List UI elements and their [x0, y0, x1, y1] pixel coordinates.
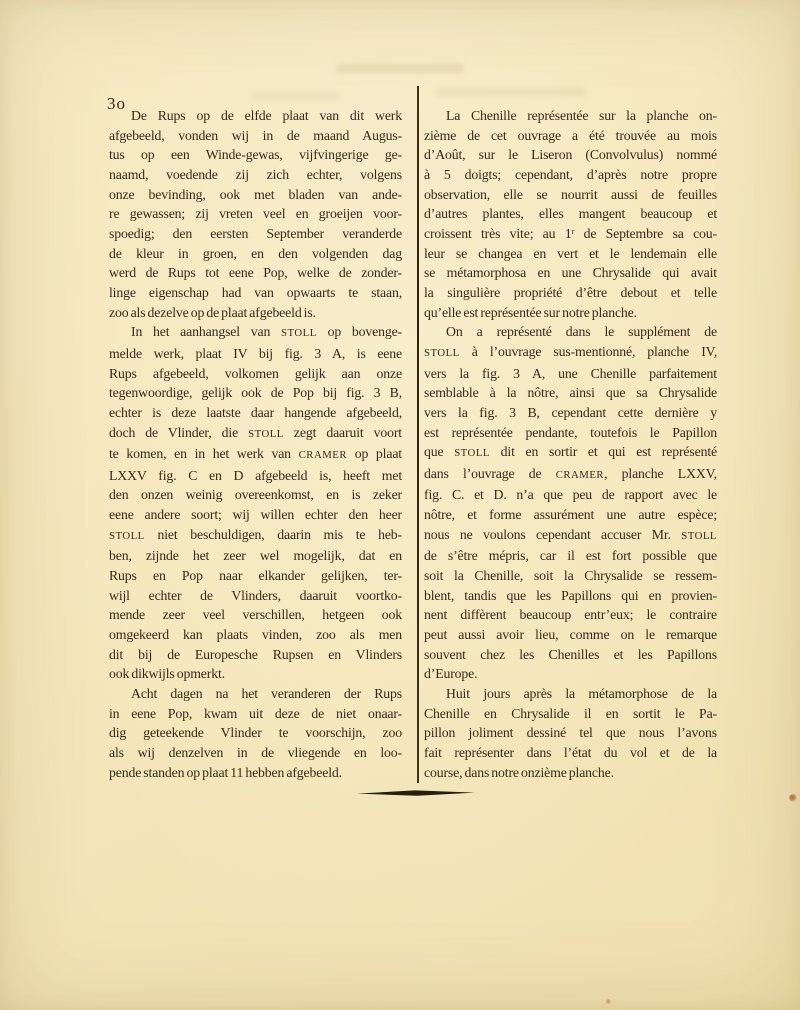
- text-line: nôtre, et forme assurément une autre esp…: [424, 505, 717, 525]
- small-caps-name: CRAMER: [556, 469, 604, 481]
- text-line: croissent très vite; au 1ʳ de Septembre …: [424, 224, 717, 244]
- paragraph: On a représenté dans le supplément deSTO…: [424, 322, 717, 684]
- text-line: mende zeer veel verschillen, hetgeen ook: [109, 605, 402, 625]
- text-line: in eene Pop, kwam uit deze de niet onaar…: [109, 704, 402, 724]
- ink-show-through-mark: [436, 88, 586, 96]
- text-line: dit bij de Europesche Rupsen en Vlinders: [109, 645, 402, 665]
- paragraph: De Rups op de elfde plaat van dit werkaf…: [109, 106, 402, 322]
- text-line: te komen, en in het werk van CRAMER op p…: [109, 444, 402, 466]
- text-line: linge eigenschap had van opwaarts te sta…: [109, 283, 402, 303]
- text-line: zième de cet ouvrage a été trouvée au mo…: [424, 126, 717, 146]
- small-caps-name: STOLL: [109, 530, 145, 542]
- column-divider-rule: [417, 86, 419, 783]
- text-line: Rups en Pop naar elkander gelijken, ter-: [109, 566, 402, 586]
- text-line: Huit jours après la métamorphose de la: [424, 684, 717, 704]
- text-line: se métamorphosa en une Chrysalide qui av…: [424, 263, 717, 283]
- text-line: werd de Rups tot eene Pop, welke de zond…: [109, 263, 402, 283]
- text-line: onze bevinding, ook met bladen van ande-: [109, 185, 402, 205]
- text-line: qu’elle est représentée sur notre planch…: [424, 303, 717, 323]
- text-line: doch de Vlinder, die STOLL zegt daaruit …: [109, 423, 402, 445]
- text-line: fait représenter dans l’état du vol et d…: [424, 743, 717, 763]
- text-line: STOLL à l’ouvrage sus-mentionné, planche…: [424, 342, 717, 364]
- section-end-rule: [357, 789, 475, 798]
- text-line: peut aussi avoir lieu, comme on le remar…: [424, 625, 717, 645]
- dutch-text-column: De Rups op de elfde plaat van dit werkaf…: [109, 106, 402, 782]
- text-line: spoedig; den eersten September veranderd…: [109, 224, 402, 244]
- text-line: vers la fig. 3 B, cependant cette derniè…: [424, 403, 717, 423]
- text-line: course, dans notre onzième planche.: [424, 763, 717, 783]
- text-line: zoo als dezelve op de plaat afgebeeld is…: [109, 303, 402, 323]
- text-line: pende standen op plaat 11 hebben afgebee…: [109, 763, 402, 783]
- small-caps-name: STOLL: [248, 428, 284, 440]
- text-line: souvent chez les Chenilles et les Papill…: [424, 645, 717, 665]
- text-line: nous ne voulons cependant accuser Mr. ST…: [424, 525, 717, 547]
- text-line: STOLL niet beschuldigen, daarin mis te h…: [109, 525, 402, 547]
- text-line: tegenwoordige, gelijk ook de Pop bij fig…: [109, 383, 402, 403]
- text-line: La Chenille représentée sur la planche o…: [424, 106, 717, 126]
- text-line: d’Août, sur le Liseron (Convolvulus) nom…: [424, 145, 717, 165]
- small-caps-name: STOLL: [281, 327, 317, 339]
- text-line: leur se changea en vert et le lendemain …: [424, 244, 717, 264]
- text-line: ben, zijnde het zeer wel mogelijk, dat e…: [109, 546, 402, 566]
- text-line: pillon joliment dessiné tel que nous l’a…: [424, 723, 717, 743]
- text-line: tus op een Winde-gewas, vijfvingerige ge…: [109, 145, 402, 165]
- foxing-spot: [789, 794, 797, 802]
- text-line: den onzen weinig overeenkomst, en is zek…: [109, 485, 402, 505]
- text-line: In het aanhangsel van STOLL op bovenge-: [109, 322, 402, 344]
- text-line: naamd, voedende zij zich echter, volgens: [109, 165, 402, 185]
- text-line: observation, elle se nourrit aussi de fe…: [424, 185, 717, 205]
- text-line: eene andere soort; wij willen echter den…: [109, 505, 402, 525]
- text-line: est représentée pendante, toutefois le P…: [424, 423, 717, 443]
- text-line: d’autres plantes, elles mangent beaucoup…: [424, 204, 717, 224]
- small-caps-name: STOLL: [454, 447, 490, 459]
- text-line: semblable à la nôtre, ainsi que sa Chrys…: [424, 383, 717, 403]
- text-line: que STOLL dit en sortir et qui est repré…: [424, 442, 717, 464]
- text-line: de kleur in groen, en den volgenden dag: [109, 244, 402, 264]
- text-line: echter is deze laatste daar hangende afg…: [109, 403, 402, 423]
- text-line: dig geteekende Vlinder te voorschijn, zo…: [109, 723, 402, 743]
- text-line: vers la fig. 3 A, une Chenille parfaitem…: [424, 364, 717, 384]
- french-text-column: La Chenille représentée sur la planche o…: [424, 106, 717, 782]
- small-caps-name: STOLL: [424, 347, 460, 359]
- text-line: nent diffèrent beaucoup entr’eux; le con…: [424, 605, 717, 625]
- text-line: Rups afgebeeld, volkomen gelijk aan onze: [109, 364, 402, 384]
- ink-show-through-mark: [336, 64, 464, 73]
- text-line: ook dikwijls opmerkt.: [109, 664, 402, 684]
- ink-show-through-mark: [250, 92, 340, 100]
- text-line: Chenille en Chrysalide il en sortit le P…: [424, 704, 717, 724]
- text-line: fig. C. et D. n’a que peu de rapport ave…: [424, 485, 717, 505]
- text-line: afgebeeld, vonden wij in de maand Augus-: [109, 126, 402, 146]
- text-line: LXXV fig. C en D afgebeeld is, heeft met: [109, 466, 402, 486]
- text-line: re gewassen; zij vreten veel en groeijen…: [109, 204, 402, 224]
- text-line: als wij denzelven in de vliegende en loo…: [109, 743, 402, 763]
- text-line: De Rups op de elfde plaat van dit werk: [109, 106, 402, 126]
- text-line: melde werk, plaat IV bij fig. 3 A, is ee…: [109, 344, 402, 364]
- text-line: wijl echter de Vlinders, daaruit voortko…: [109, 586, 402, 606]
- text-line: blent, tandis que les Papillons qui en p…: [424, 586, 717, 606]
- text-line: omgekeerd kan plaats vinden, zoo als men: [109, 625, 402, 645]
- text-line: dans l’ouvrage de CRAMER, planche LXXV,: [424, 464, 717, 486]
- text-line: à 5 doigts; cependant, d’après notre pro…: [424, 165, 717, 185]
- paragraph: La Chenille représentée sur la planche o…: [424, 106, 717, 322]
- paragraph: Acht dagen na het veranderen der Rupsin …: [109, 684, 402, 782]
- text-line: d’Europe.: [424, 664, 717, 684]
- text-line: soit la Chenille, soit la Chrysalide se …: [424, 566, 717, 586]
- text-line: la singulière propriété d’être debout et…: [424, 283, 717, 303]
- small-caps-name: STOLL: [681, 530, 717, 542]
- text-line: de s’être mépris, car il est fort possib…: [424, 546, 717, 566]
- text-line: On a représenté dans le supplément de: [424, 322, 717, 342]
- small-caps-name: CRAMER: [299, 449, 347, 461]
- foxing-spot: [606, 999, 611, 1004]
- paragraph: In het aanhangsel van STOLL op bovenge-m…: [109, 322, 402, 684]
- paragraph: Huit jours après la métamorphose de laCh…: [424, 684, 717, 782]
- text-line: Acht dagen na het veranderen der Rups: [109, 684, 402, 704]
